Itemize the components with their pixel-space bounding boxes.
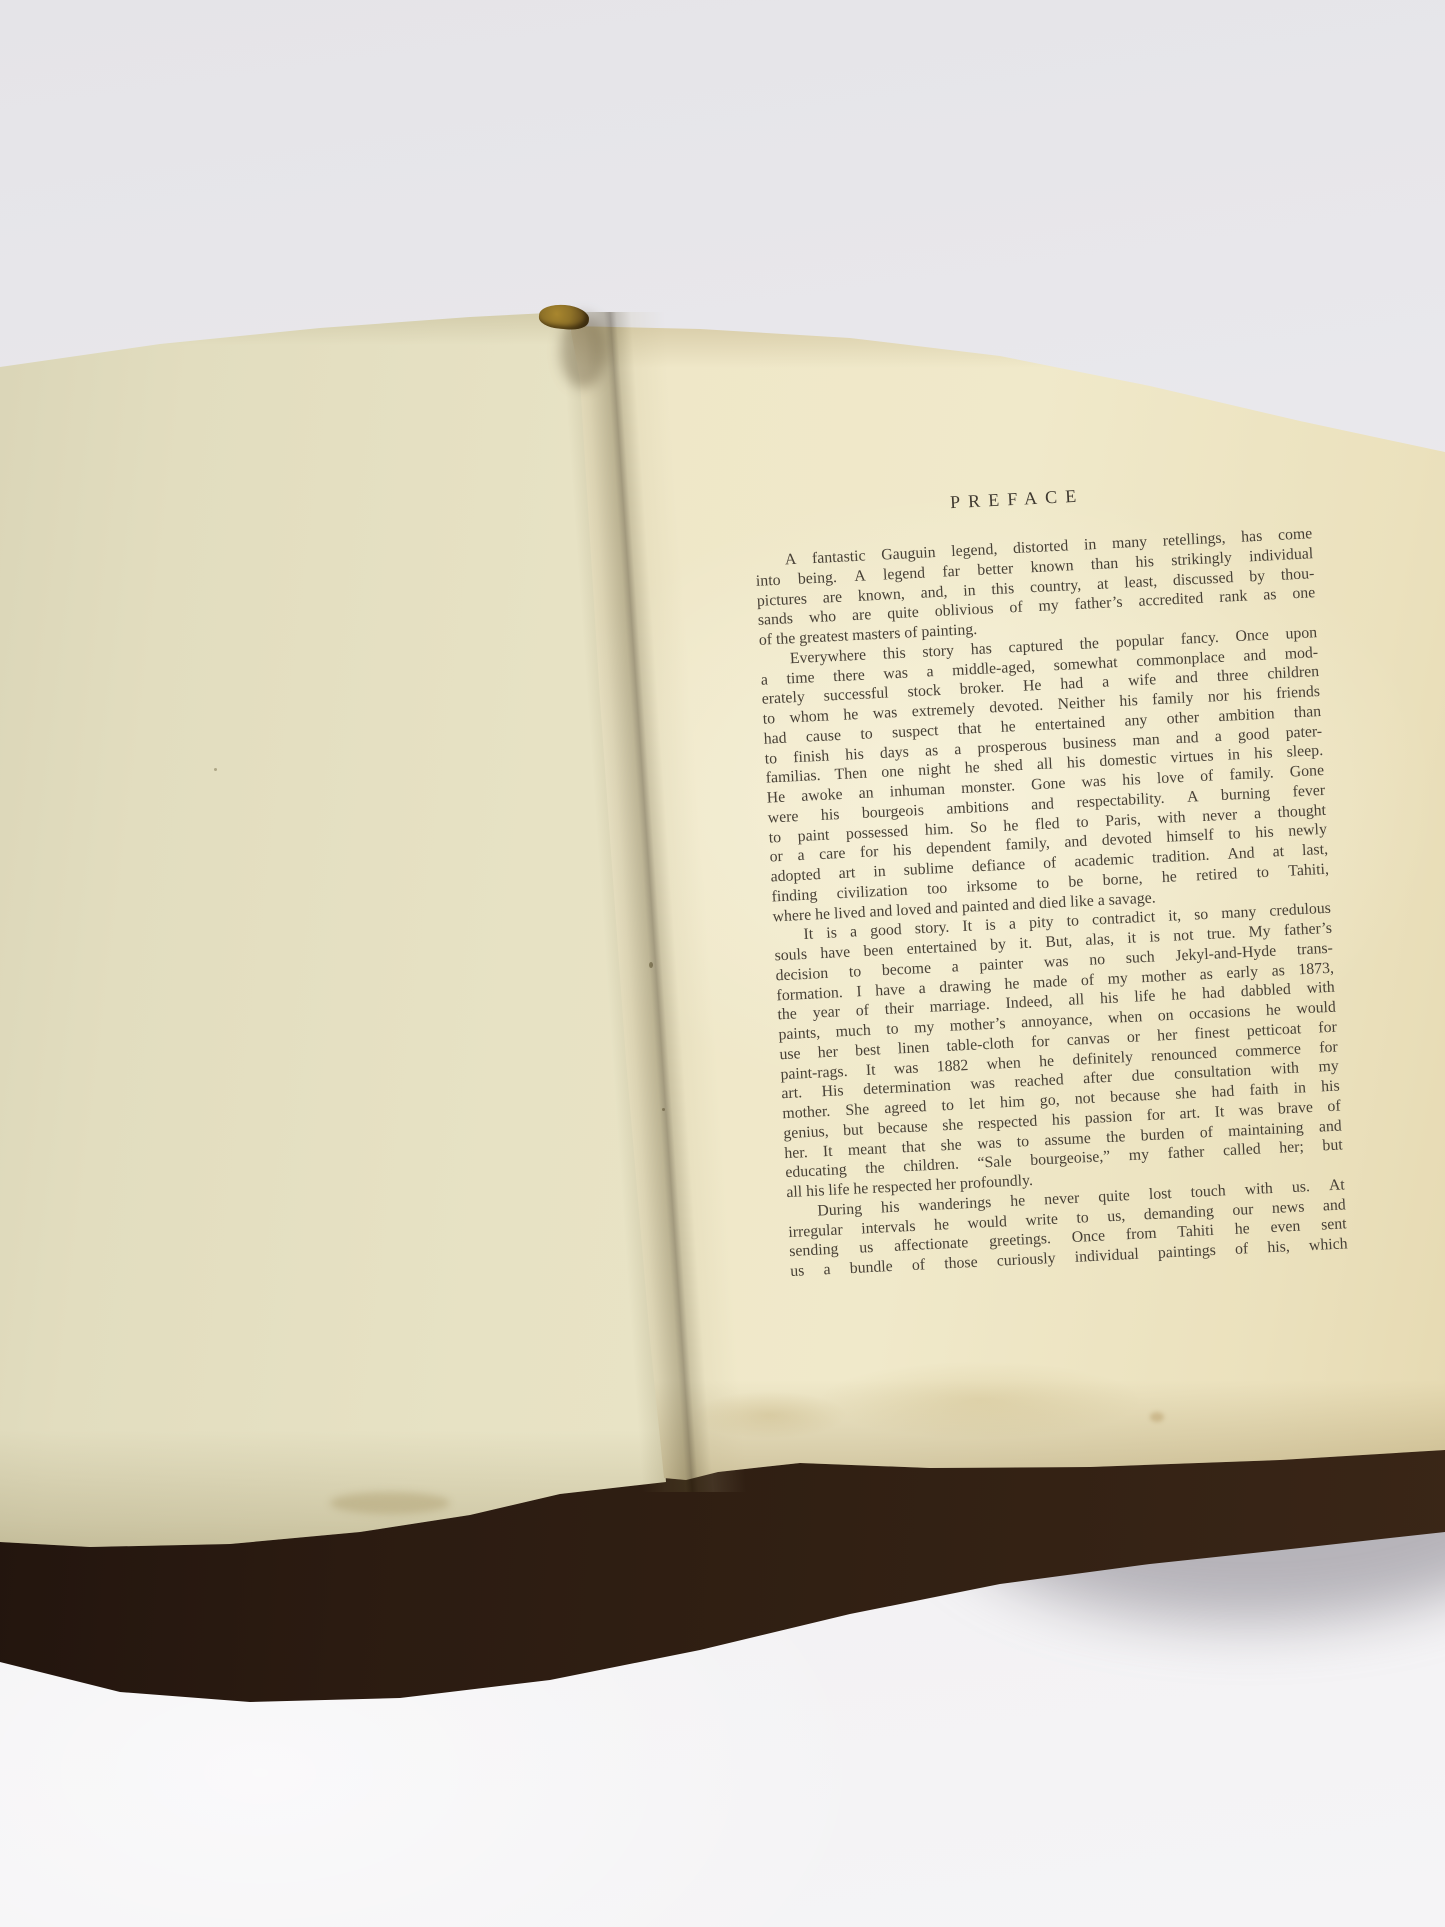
preface-paragraph: Everywherethisstoryhascapturedthepopular…	[759, 623, 1330, 927]
page-speck	[214, 768, 217, 771]
page-stain	[330, 1492, 450, 1514]
preface-paragraphs: AfantasticGauguinlegend,distortedinmanyr…	[754, 524, 1348, 1282]
book-photo: PREFACE AfantasticGauguinlegend,distorte…	[0, 0, 1445, 1927]
page-stain	[1150, 1412, 1164, 1422]
preface-paragraph: Itisagoodstory.Itisapitytocontradictit,s…	[773, 899, 1344, 1203]
preface-text-block: PREFACE AfantasticGauguinlegend,distorte…	[752, 474, 1348, 1282]
